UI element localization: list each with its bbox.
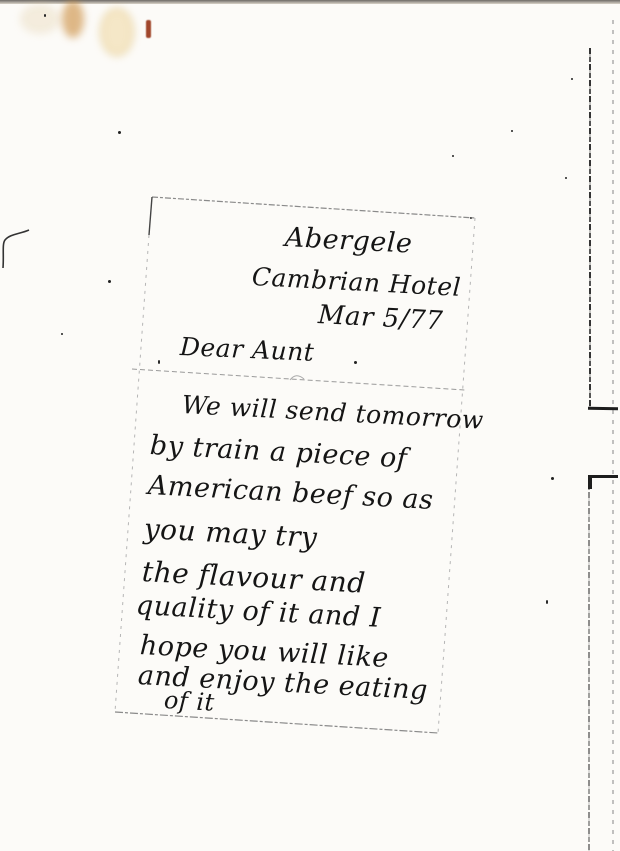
letter-date: Mar 5/77	[317, 300, 444, 337]
letter-place: Abergele	[284, 222, 413, 260]
letter-body-line: We will send tomorrow	[181, 390, 484, 435]
letter-hotel: Cambrian Hotel	[251, 262, 462, 302]
letter-body-line: American beef so as	[147, 470, 434, 516]
letter-body-line: of it	[163, 686, 215, 717]
letter-body-line: you may try	[143, 512, 318, 554]
scanned-page: Abergele Cambrian Hotel Mar 5/77 Dear Au…	[0, 0, 620, 851]
letter: Abergele Cambrian Hotel Mar 5/77 Dear Au…	[0, 0, 620, 851]
letter-salutation: Dear Aunt	[179, 332, 315, 367]
letter-body-line: by train a piece of	[149, 430, 408, 474]
